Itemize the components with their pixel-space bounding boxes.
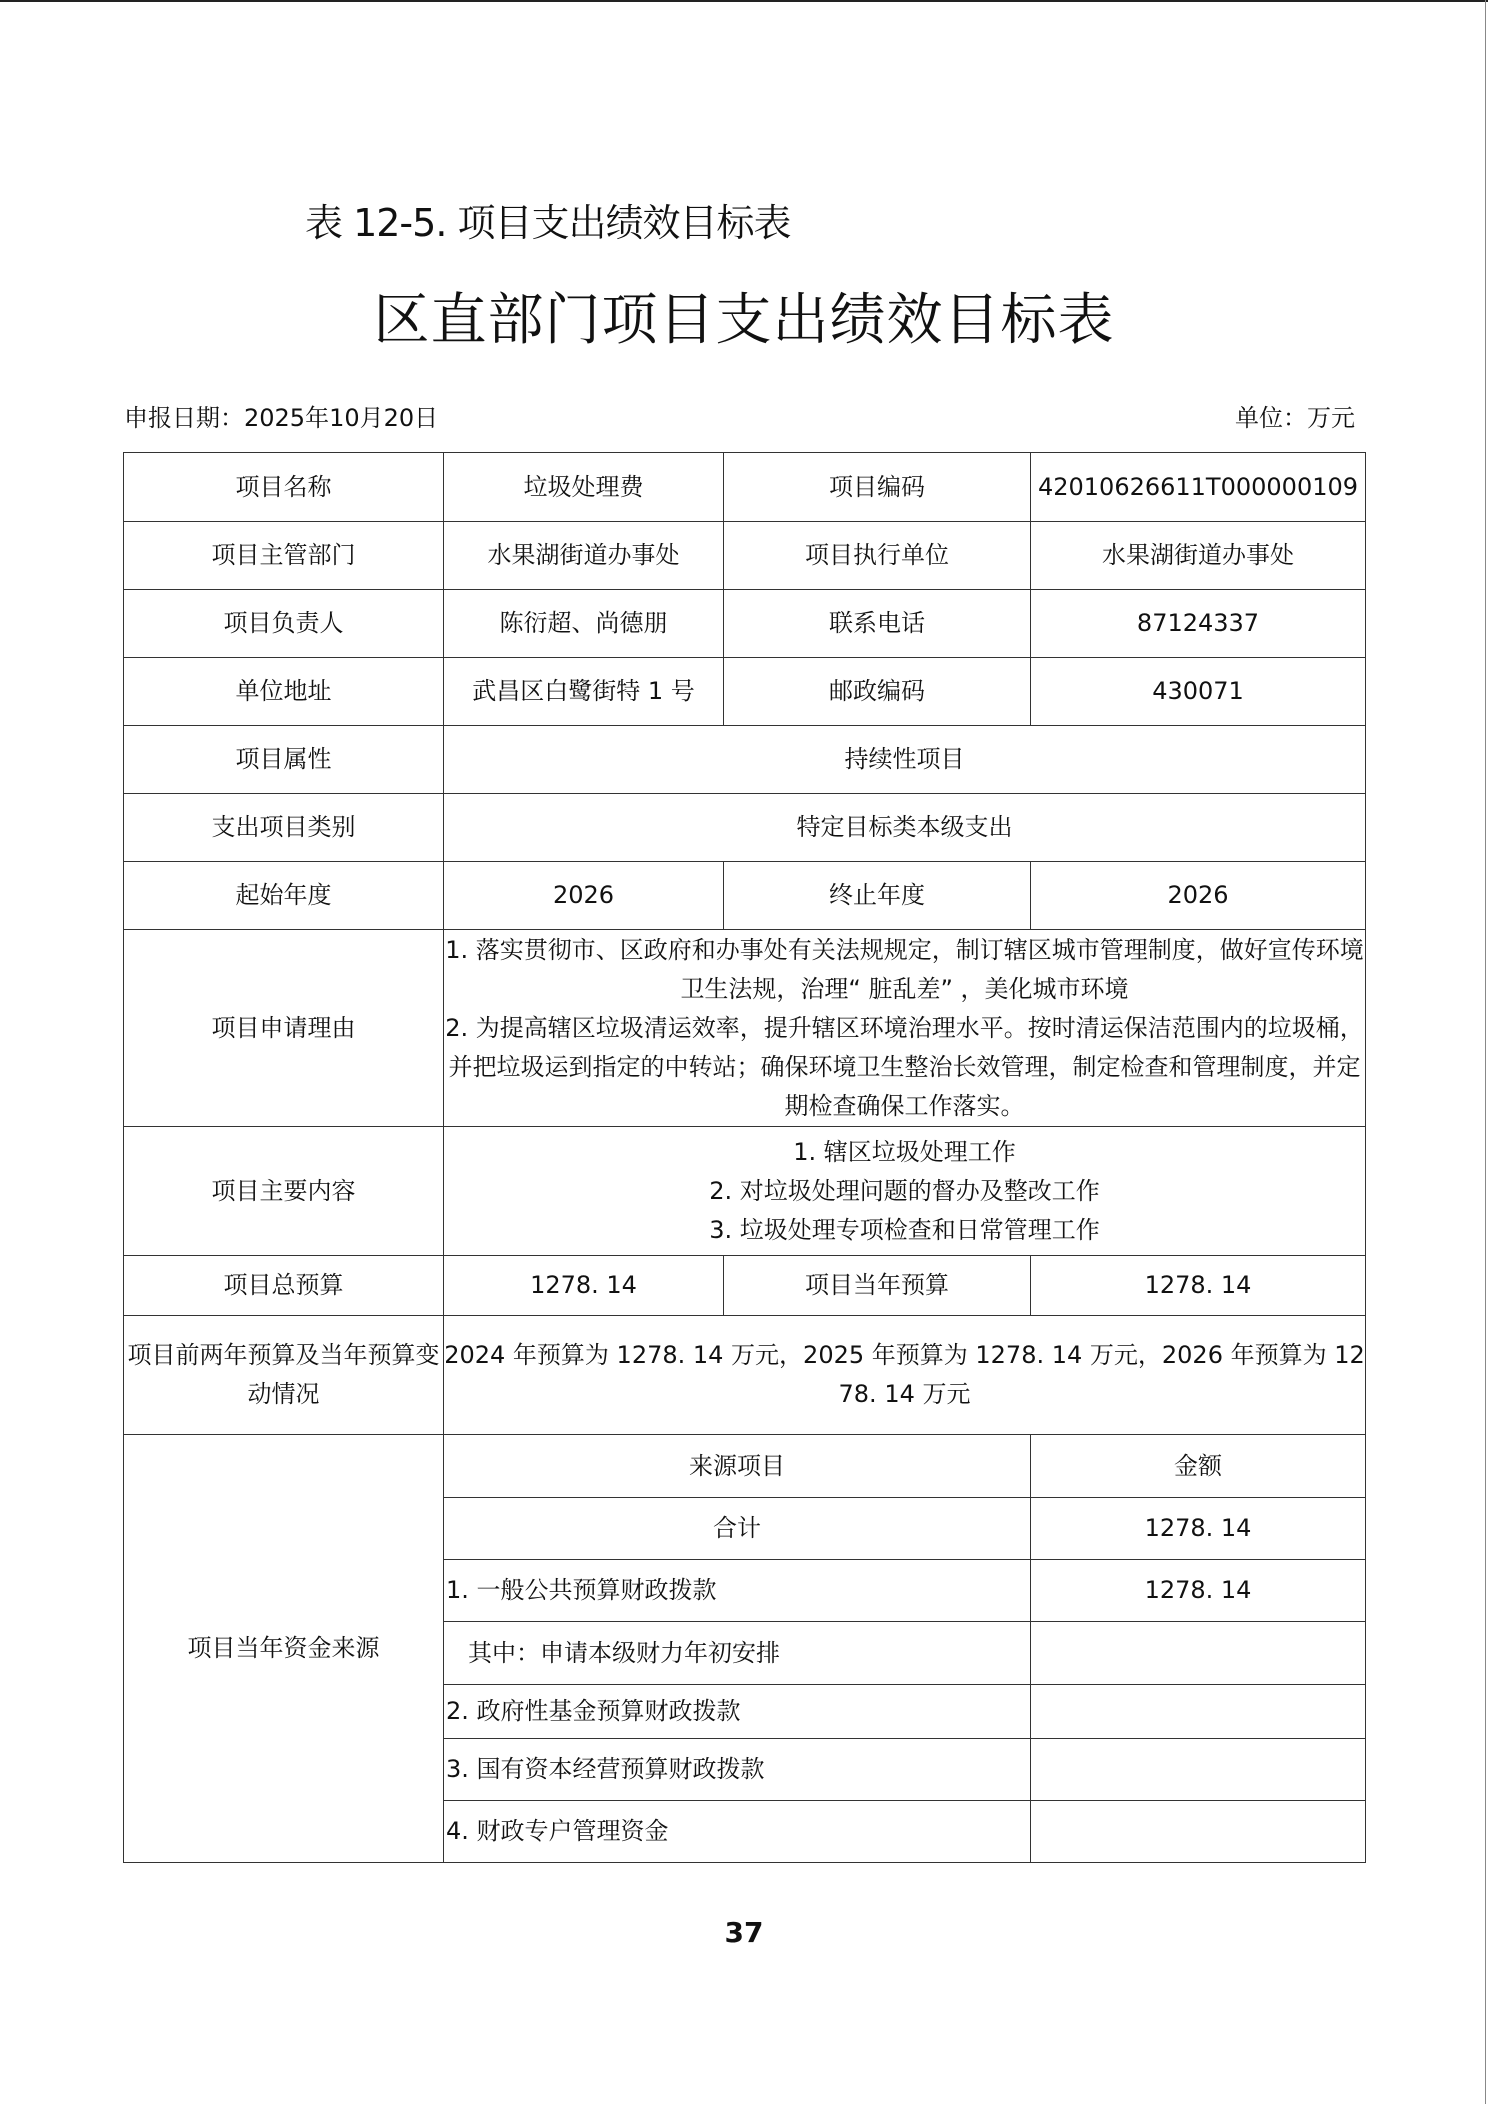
funding-source: 2. 政府性基金预算财政拨款	[444, 1685, 1031, 1739]
table-row: 项目前两年预算及当年预算变动情况 2024 年预算为 1278. 14 万元，2…	[124, 1316, 1366, 1435]
project-name-value: 垃圾处理费	[444, 453, 724, 522]
phone-label: 联系电话	[724, 590, 1031, 658]
unit-label: 单位：万元	[1235, 398, 1355, 433]
attribute-label: 项目属性	[124, 726, 444, 794]
end-year-label: 终止年度	[724, 862, 1031, 930]
supervisor-dept-label: 项目主管部门	[124, 522, 444, 590]
exec-unit-value: 水果湖街道办事处	[1031, 522, 1366, 590]
category-label: 支出项目类别	[124, 794, 444, 862]
table-row: 项目主要内容 1. 辖区垃圾处理工作 2. 对垃圾处理问题的督办及整改工作 3.…	[124, 1127, 1366, 1256]
start-year-value: 2026	[444, 862, 724, 930]
content-label: 项目主要内容	[124, 1127, 444, 1256]
funding-header-source: 来源项目	[444, 1435, 1031, 1498]
funding-source-label: 项目当年资金来源	[124, 1435, 444, 1863]
end-year-value: 2026	[1031, 862, 1366, 930]
page-top-border	[0, 0, 1488, 2]
address-value: 武昌区白鹭街特 1 号	[444, 658, 724, 726]
funding-amount	[1031, 1801, 1366, 1863]
table-row: 单位地址 武昌区白鹭街特 1 号 邮政编码 430071	[124, 658, 1366, 726]
table-row: 项目属性 持续性项目	[124, 726, 1366, 794]
table-row: 项目总预算 1278. 14 项目当年预算 1278. 14	[124, 1256, 1366, 1316]
table-row: 项目名称 垃圾处理费 项目编码 42010626611T000000109	[124, 453, 1366, 522]
reason-line: 1. 落实贯彻市、区政府和办事处有关法规规定，制订辖区城市管理制度，做好宣传环境…	[444, 931, 1365, 1009]
performance-target-table: 项目名称 垃圾处理费 项目编码 42010626611T000000109 项目…	[123, 452, 1366, 1863]
reason-value: 1. 落实贯彻市、区政府和办事处有关法规规定，制订辖区城市管理制度，做好宣传环境…	[444, 930, 1366, 1127]
budget-change-label: 项目前两年预算及当年预算变动情况	[124, 1316, 444, 1435]
reason-label: 项目申请理由	[124, 930, 444, 1127]
funding-source: 3. 国有资本经营预算财政拨款	[444, 1739, 1031, 1801]
content-line: 2. 对垃圾处理问题的督办及整改工作	[444, 1172, 1365, 1211]
table-row: 起始年度 2026 终止年度 2026	[124, 862, 1366, 930]
funding-header-amount: 金额	[1031, 1435, 1366, 1498]
category-value: 特定目标类本级支出	[444, 794, 1366, 862]
page-number: 37	[0, 1916, 1488, 1949]
year-budget-label: 项目当年预算	[724, 1256, 1031, 1316]
content-value: 1. 辖区垃圾处理工作 2. 对垃圾处理问题的督办及整改工作 3. 垃圾处理专项…	[444, 1127, 1366, 1256]
page-title: 区直部门项目支出绩效目标表	[0, 276, 1488, 356]
year-budget-value: 1278. 14	[1031, 1256, 1366, 1316]
funding-amount: 1278. 14	[1031, 1560, 1366, 1622]
funding-amount	[1031, 1739, 1366, 1801]
budget-change-value: 2024 年预算为 1278. 14 万元，2025 年预算为 1278. 14…	[444, 1316, 1366, 1435]
funding-source: 4. 财政专户管理资金	[444, 1801, 1031, 1863]
project-code-label: 项目编码	[724, 453, 1031, 522]
total-budget-label: 项目总预算	[124, 1256, 444, 1316]
postcode-value: 430071	[1031, 658, 1366, 726]
address-label: 单位地址	[124, 658, 444, 726]
table-row: 项目当年资金来源 来源项目 金额	[124, 1435, 1366, 1498]
table-caption: 表 12-5. 项目支出绩效目标表	[305, 192, 790, 247]
funding-total-amount: 1278. 14	[1031, 1498, 1366, 1560]
attribute-value: 持续性项目	[444, 726, 1366, 794]
table-row: 支出项目类别 特定目标类本级支出	[124, 794, 1366, 862]
project-name-label: 项目名称	[124, 453, 444, 522]
start-year-label: 起始年度	[124, 862, 444, 930]
funding-source: 其中：申请本级财力年初安排	[444, 1622, 1031, 1685]
total-budget-value: 1278. 14	[444, 1256, 724, 1316]
leader-label: 项目负责人	[124, 590, 444, 658]
supervisor-dept-value: 水果湖街道办事处	[444, 522, 724, 590]
funding-source: 1. 一般公共预算财政拨款	[444, 1560, 1031, 1622]
postcode-label: 邮政编码	[724, 658, 1031, 726]
phone-value: 87124337	[1031, 590, 1366, 658]
project-code-value: 42010626611T000000109	[1031, 453, 1366, 522]
exec-unit-label: 项目执行单位	[724, 522, 1031, 590]
funding-amount	[1031, 1685, 1366, 1739]
content-line: 3. 垃圾处理专项检查和日常管理工作	[444, 1211, 1365, 1250]
table-row: 项目负责人 陈衍超、尚德朋 联系电话 87124337	[124, 590, 1366, 658]
table-row: 项目主管部门 水果湖街道办事处 项目执行单位 水果湖街道办事处	[124, 522, 1366, 590]
content-line: 1. 辖区垃圾处理工作	[444, 1133, 1365, 1172]
funding-total-label: 合计	[444, 1498, 1031, 1560]
funding-amount	[1031, 1622, 1366, 1685]
table-row: 项目申请理由 1. 落实贯彻市、区政府和办事处有关法规规定，制订辖区城市管理制度…	[124, 930, 1366, 1127]
leader-value: 陈衍超、尚德朋	[444, 590, 724, 658]
report-date: 申报日期：2025年10月20日	[124, 398, 438, 433]
reason-line: 2. 为提高辖区垃圾清运效率，提升辖区环境治理水平。按时清运保洁范围内的垃圾桶，…	[444, 1009, 1365, 1126]
